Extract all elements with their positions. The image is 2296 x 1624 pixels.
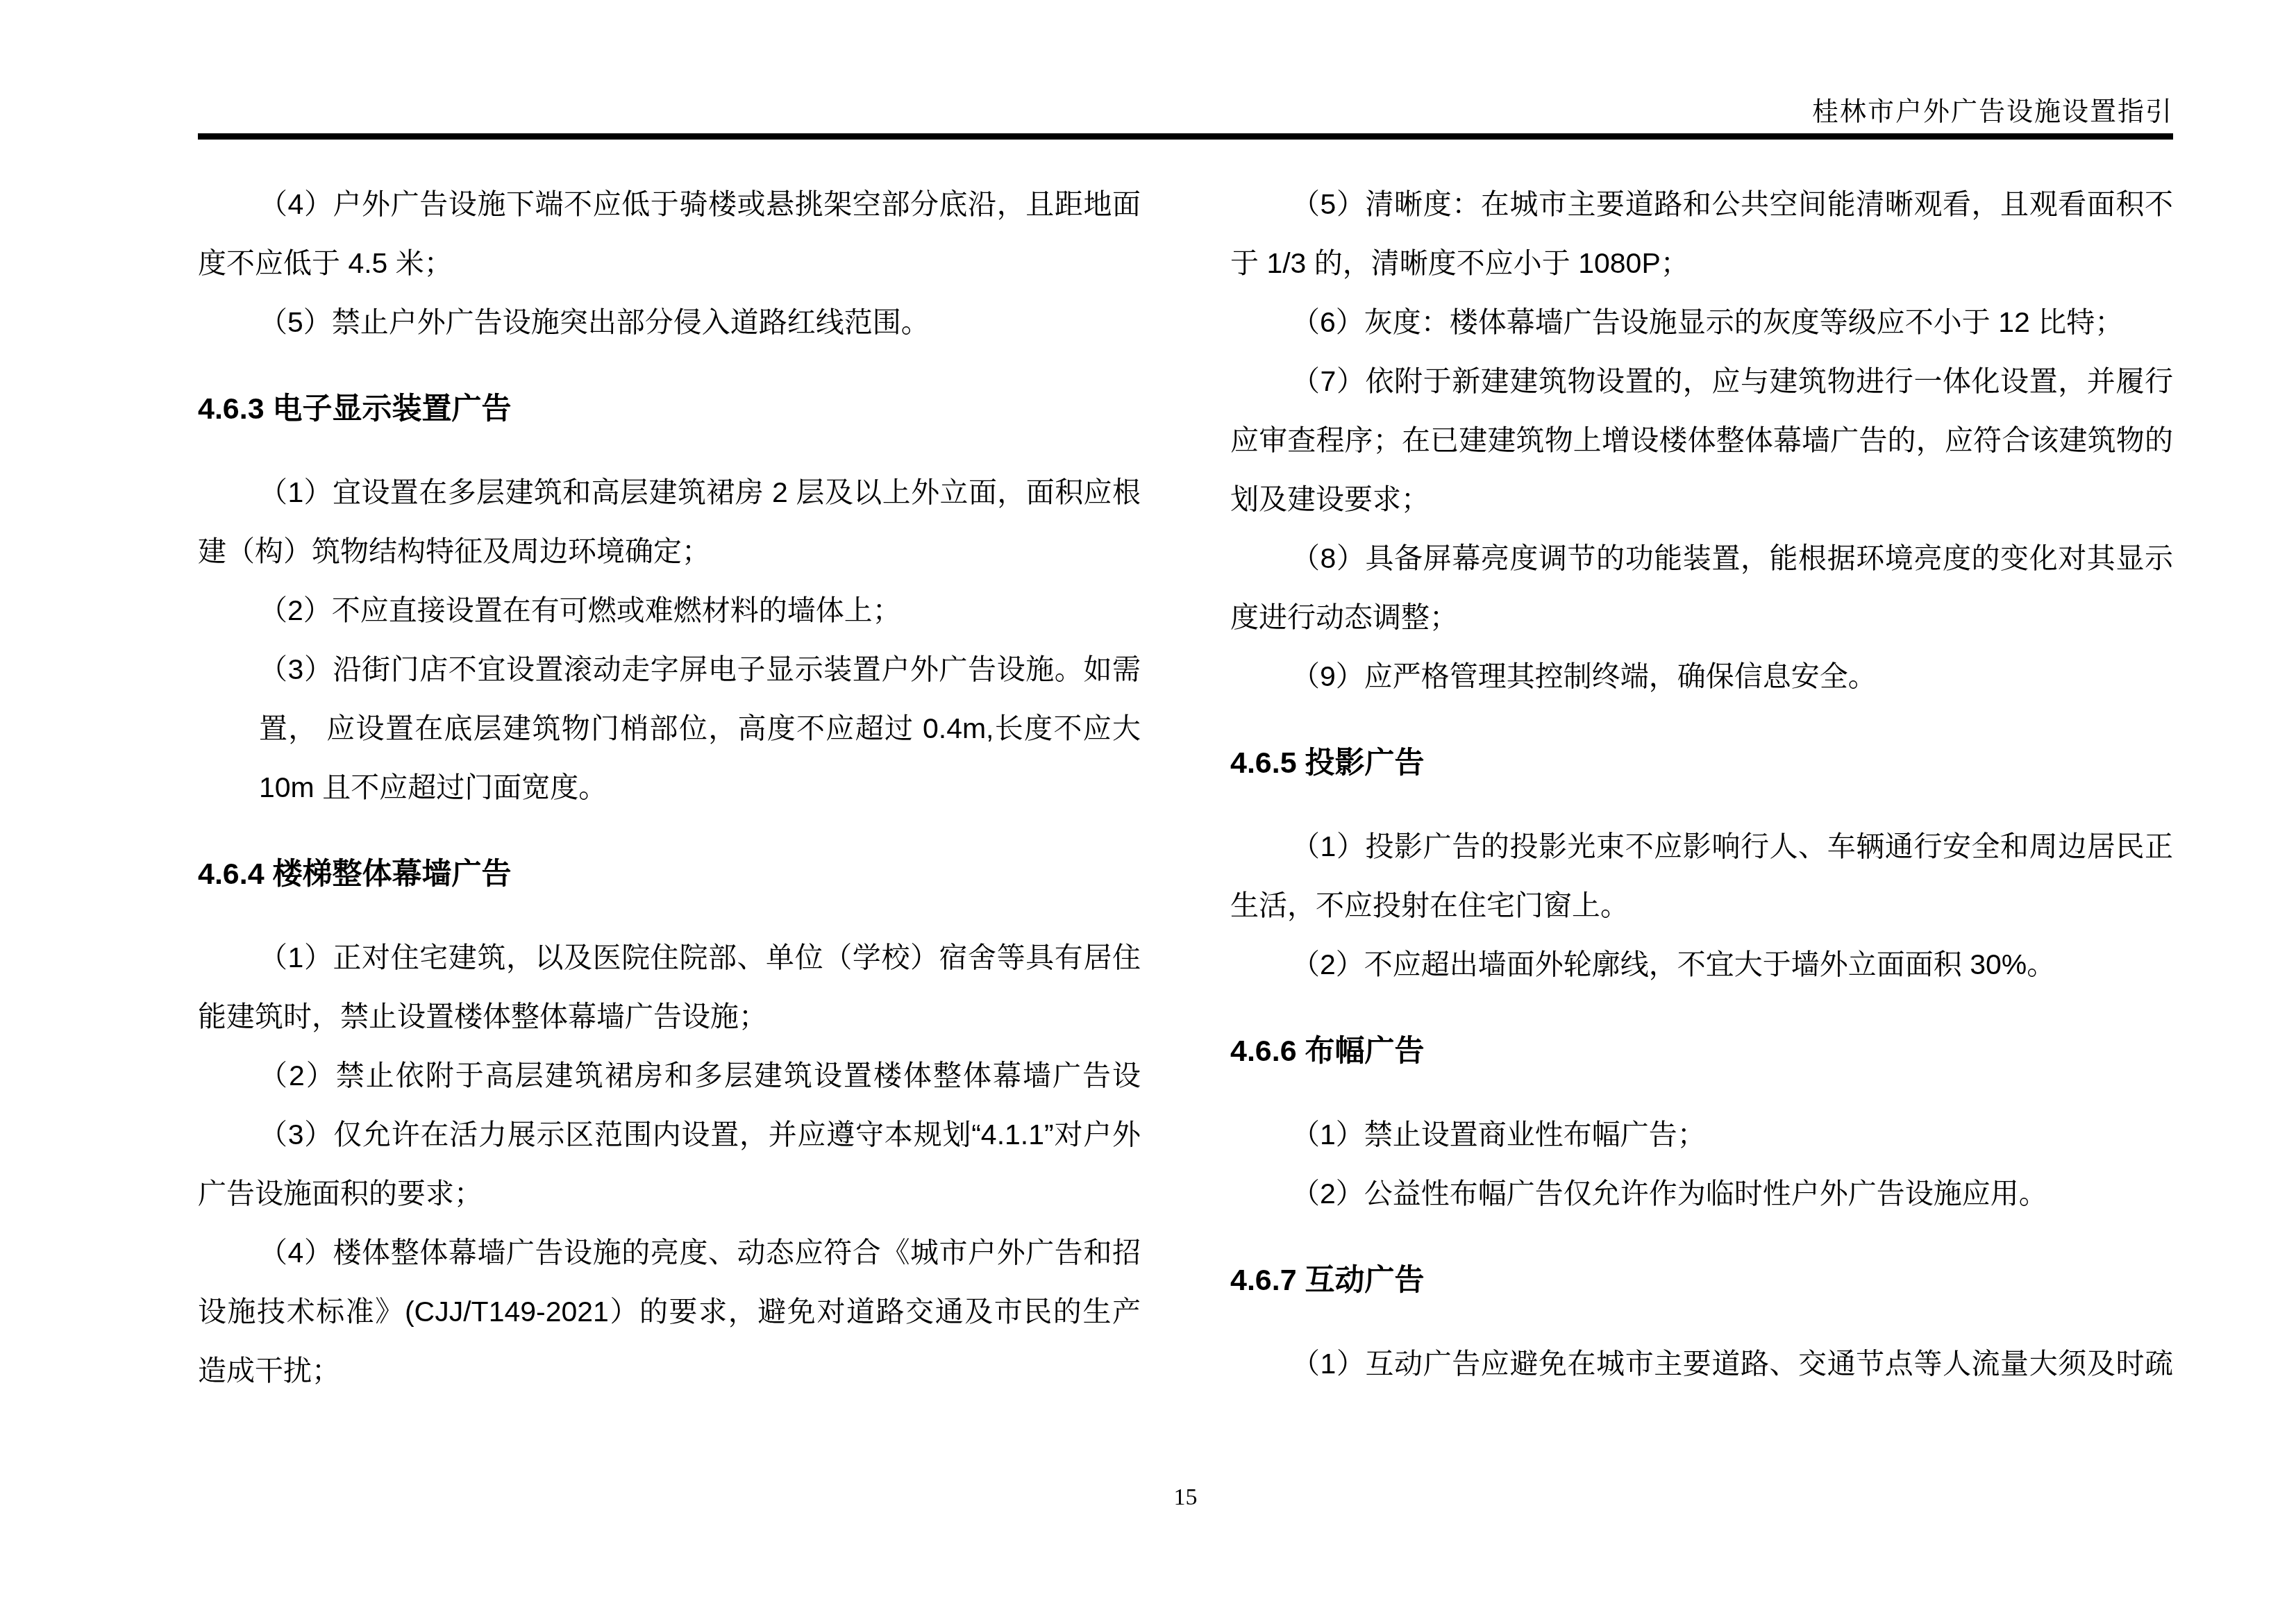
text-line: 广告设施面积的要求； [198,1164,1141,1223]
text-line: （5）清晰度：在城市主要道路和公共空间能清晰观看，且观看面积不小 [1230,175,2173,234]
text-line: （1）宜设置在多层建筑和高层建筑裙房 2 层及以上外立面，面积应根据 [198,463,1141,522]
text-line: 于 1/3 的，清晰度不应小于 1080P； [1230,234,2173,293]
text-line: （3）仅允许在活力展示区范围内设置，并应遵守本规划“4.1.1”对户外 [198,1105,1141,1164]
text-line: 置， 应设置在底层建筑物门梢部位，高度不应超过 0.4m,长度不应大于 [198,699,1141,758]
text-line: （1）正对住宅建筑，以及医院住院部、单位（学校）宿舍等具有居住功 [198,928,1141,987]
text-line: （6）灰度：楼体幕墙广告设施显示的灰度等级应不小于 12 比特； [1230,293,2173,352]
text-line: 设施技术标准》(CJJ/T149-2021）的要求，避免对道路交通及市民的生产生… [198,1282,1141,1341]
header-rule-divider [198,133,2173,140]
left-column: （4）户外广告设施下端不应低于骑楼或悬挑架空部分底沿，且距地面高度不应低于 4.… [198,175,1141,1400]
text-line: 建（构）筑物结构特征及周边环境确定； [198,522,1141,581]
section-heading: 4.6.4 楼梯整体幕墙广告 [198,845,1141,904]
text-line: 生活，不应投射在住宅门窗上。 [1230,876,2173,935]
text-line: 度不应低于 4.5 米； [198,234,1141,293]
text-line: （5）禁止户外广告设施突出部分侵入道路红线范围。 [198,293,1141,352]
text-line: （1）禁止设置商业性布幅广告； [1230,1105,2173,1164]
document-page: 桂林市户外广告设施设置指引 （4）户外广告设施下端不应低于骑楼或悬挑架空部分底沿… [0,0,2296,1624]
text-line: （9）应严格管理其控制终端，确保信息安全。 [1230,647,2173,706]
text-line: 应审查程序；在已建建筑物上增设楼体整体幕墙广告的，应符合该建筑物的规 [1230,411,2173,470]
section-heading: 4.6.3 电子显示装置广告 [198,380,1141,439]
text-line: 度进行动态调整； [1230,588,2173,647]
text-line: 能建筑时，禁止设置楼体整体幕墙广告设施； [198,987,1141,1046]
text-line: （3）沿街门店不宜设置滚动走字屏电子显示装置户外广告设施。如需设 [198,640,1141,699]
text-line: （8）具备屏幕亮度调节的功能装置，能根据环境亮度的变化对其显示亮 [1230,529,2173,588]
text-line: （2）公益性布幅广告仅允许作为临时性户外广告设施应用。 [1230,1164,2173,1223]
text-line: （4）楼体整体幕墙广告设施的亮度、动态应符合《城市户外广告和招牌 [198,1223,1141,1282]
text-line: （1）投影广告的投影光束不应影响行人、车辆通行安全和周边居民正常 [1230,817,2173,876]
section-heading: 4.6.7 互动广告 [1230,1251,2173,1310]
text-line: （2）禁止依附于高层建筑裙房和多层建筑设置楼体整体幕墙广告设施； [198,1046,1141,1105]
document-header-title: 桂林市户外广告设施设置指引 [1812,94,2173,129]
section-heading: 4.6.6 布幅广告 [1230,1022,2173,1081]
text-line: （1）互动广告应避免在城市主要道路、交通节点等人流量大须及时疏散 [1230,1334,2173,1393]
text-line: 造成干扰； [198,1341,1141,1400]
section-heading: 4.6.5 投影广告 [1230,734,2173,793]
right-column: （5）清晰度：在城市主要道路和公共空间能清晰观看，且观看面积不小于 1/3 的，… [1230,175,2173,1393]
text-line: （7）依附于新建建筑物设置的，应与建筑物进行一体化设置，并履行相 [1230,352,2173,411]
text-line: 10m 且不应超过门面宽度。 [198,758,1141,817]
text-line: （4）户外广告设施下端不应低于骑楼或悬挑架空部分底沿，且距地面高 [198,175,1141,234]
page-number: 15 [198,1483,2173,1512]
text-line: （2）不应直接设置在有可燃或难燃材料的墙体上； [198,581,1141,640]
text-line: 划及建设要求； [1230,470,2173,529]
text-line: （2）不应超出墙面外轮廓线，不宜大于墙外立面面积 30%。 [1230,935,2173,994]
